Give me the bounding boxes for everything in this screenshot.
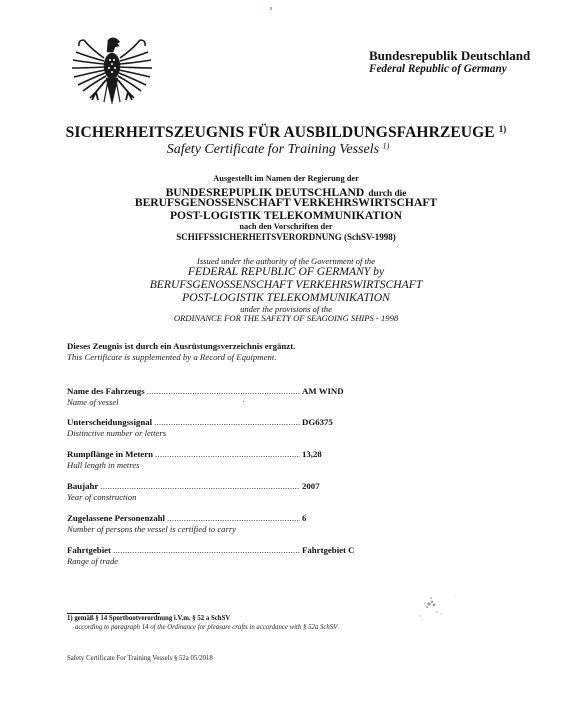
leader-dots [100,481,300,491]
scan-speck [270,7,272,10]
field-label-english: Range of trade [67,556,387,566]
supplement-note-german: Dieses Zeugnis ist durch ein Ausrüstungs… [67,341,295,351]
stamp-residue-icon [415,592,485,632]
issued-line: nach den Vorschriften der [0,222,572,231]
field-persons-certified: Zugelassene Personenzahl6 Number of pers… [67,513,387,534]
field-label-english: Name of vessel [67,397,387,407]
field-value: 6 [302,513,387,523]
field-value: 2007 [302,481,387,491]
field-distinctive-signal: UnterscheidungssignalDG6375 Distinctive … [67,417,387,438]
footnote-marker: 1) [499,124,507,134]
field-value: 13,28 [302,449,387,459]
scan-speck [243,401,244,402]
field-label-english: Hull length in metres [67,460,387,470]
field-label: Fahrtgebiet [67,545,111,555]
footnote-divider [67,613,160,614]
footnote-german: 1) gemäß § 14 Sportbootverordnung i.V.m.… [67,615,230,622]
title-text: SICHERHEITSZEUGNIS FÜR AUSBILDUNGSFAHRZE… [66,124,495,141]
field-label-english: Number of persons the vessel is certifie… [67,524,387,534]
field-year-of-construction: Baujahr2007 Year of construction [67,481,387,502]
field-value: Fahrtgebiet C [302,545,387,555]
certificate-title-english: Safety Certificate for Training Vessels … [0,142,564,158]
field-label: Rumpflänge in Metern [67,449,153,459]
field-value: AM WIND [302,386,387,396]
field-label: Baujahr [67,481,98,491]
field-range-of-trade: FahrtgebietFahrtgebiet C Range of trade [67,545,387,566]
leader-dots [167,513,300,523]
certificate-title-german: SICHERHEITSZEUGNIS FÜR AUSBILDUNGSFAHRZE… [0,124,572,142]
federal-eagle-icon [68,34,156,112]
form-identifier: Safety Certificate For Training Vessels … [67,655,213,662]
leader-dots [155,449,300,459]
supplement-note-english: This Certificate is supplemented by a Re… [67,352,277,362]
leader-dots [147,386,300,396]
issued-line: BERUFSGENOSSENSCHAFT VERKEHRSWIRTSCHAFT [0,278,572,291]
field-hull-length: Rumpflänge in Metern13,28 Hull length in… [67,449,387,470]
issued-line: SCHIFFSSICHERHEITSVERORDNUNG (SchSV-1998… [0,232,572,242]
issued-line: Ausgestellt im Namen der Regierung der [0,174,572,183]
footnote-marker: 1) [383,142,390,151]
leader-dots [154,417,300,427]
field-value: DG6375 [302,417,387,427]
state-name-german: Bundesrepublik Deutschland [369,48,530,64]
state-name-english: Federal Republic of Germany [369,63,507,75]
title-text: Safety Certificate for Training Vessels [167,142,379,157]
field-vessel-name: Name des FahrzeugsAM WIND Name of vessel [67,386,387,407]
field-label: Unterscheidungssignal [67,417,152,427]
footnote-english: according to paragraph 14 of the Ordinan… [75,624,337,631]
issued-line: POST-LOGISTIK TELEKOMMUNIKATION [0,291,572,304]
field-label-english: Year of construction [67,492,387,502]
leader-dots [113,545,300,555]
issued-line: ORDINANCE FOR THE SAFETY OF SEAGOING SHI… [0,313,572,323]
field-label: Zugelassene Personenzahl [67,513,165,523]
issued-line: BERUFSGENOSSENSCHAFT VERKEHRSWIRTSCHAFT [0,196,572,209]
issued-line: FEDERAL REPUBLIC OF GERMANY by [0,265,572,278]
field-label-english: Distinctive number or letters [67,428,387,438]
field-label: Name des Fahrzeugs [67,386,145,396]
issued-line: POST-LOGISTIK TELEKOMMUNIKATION [0,209,572,222]
